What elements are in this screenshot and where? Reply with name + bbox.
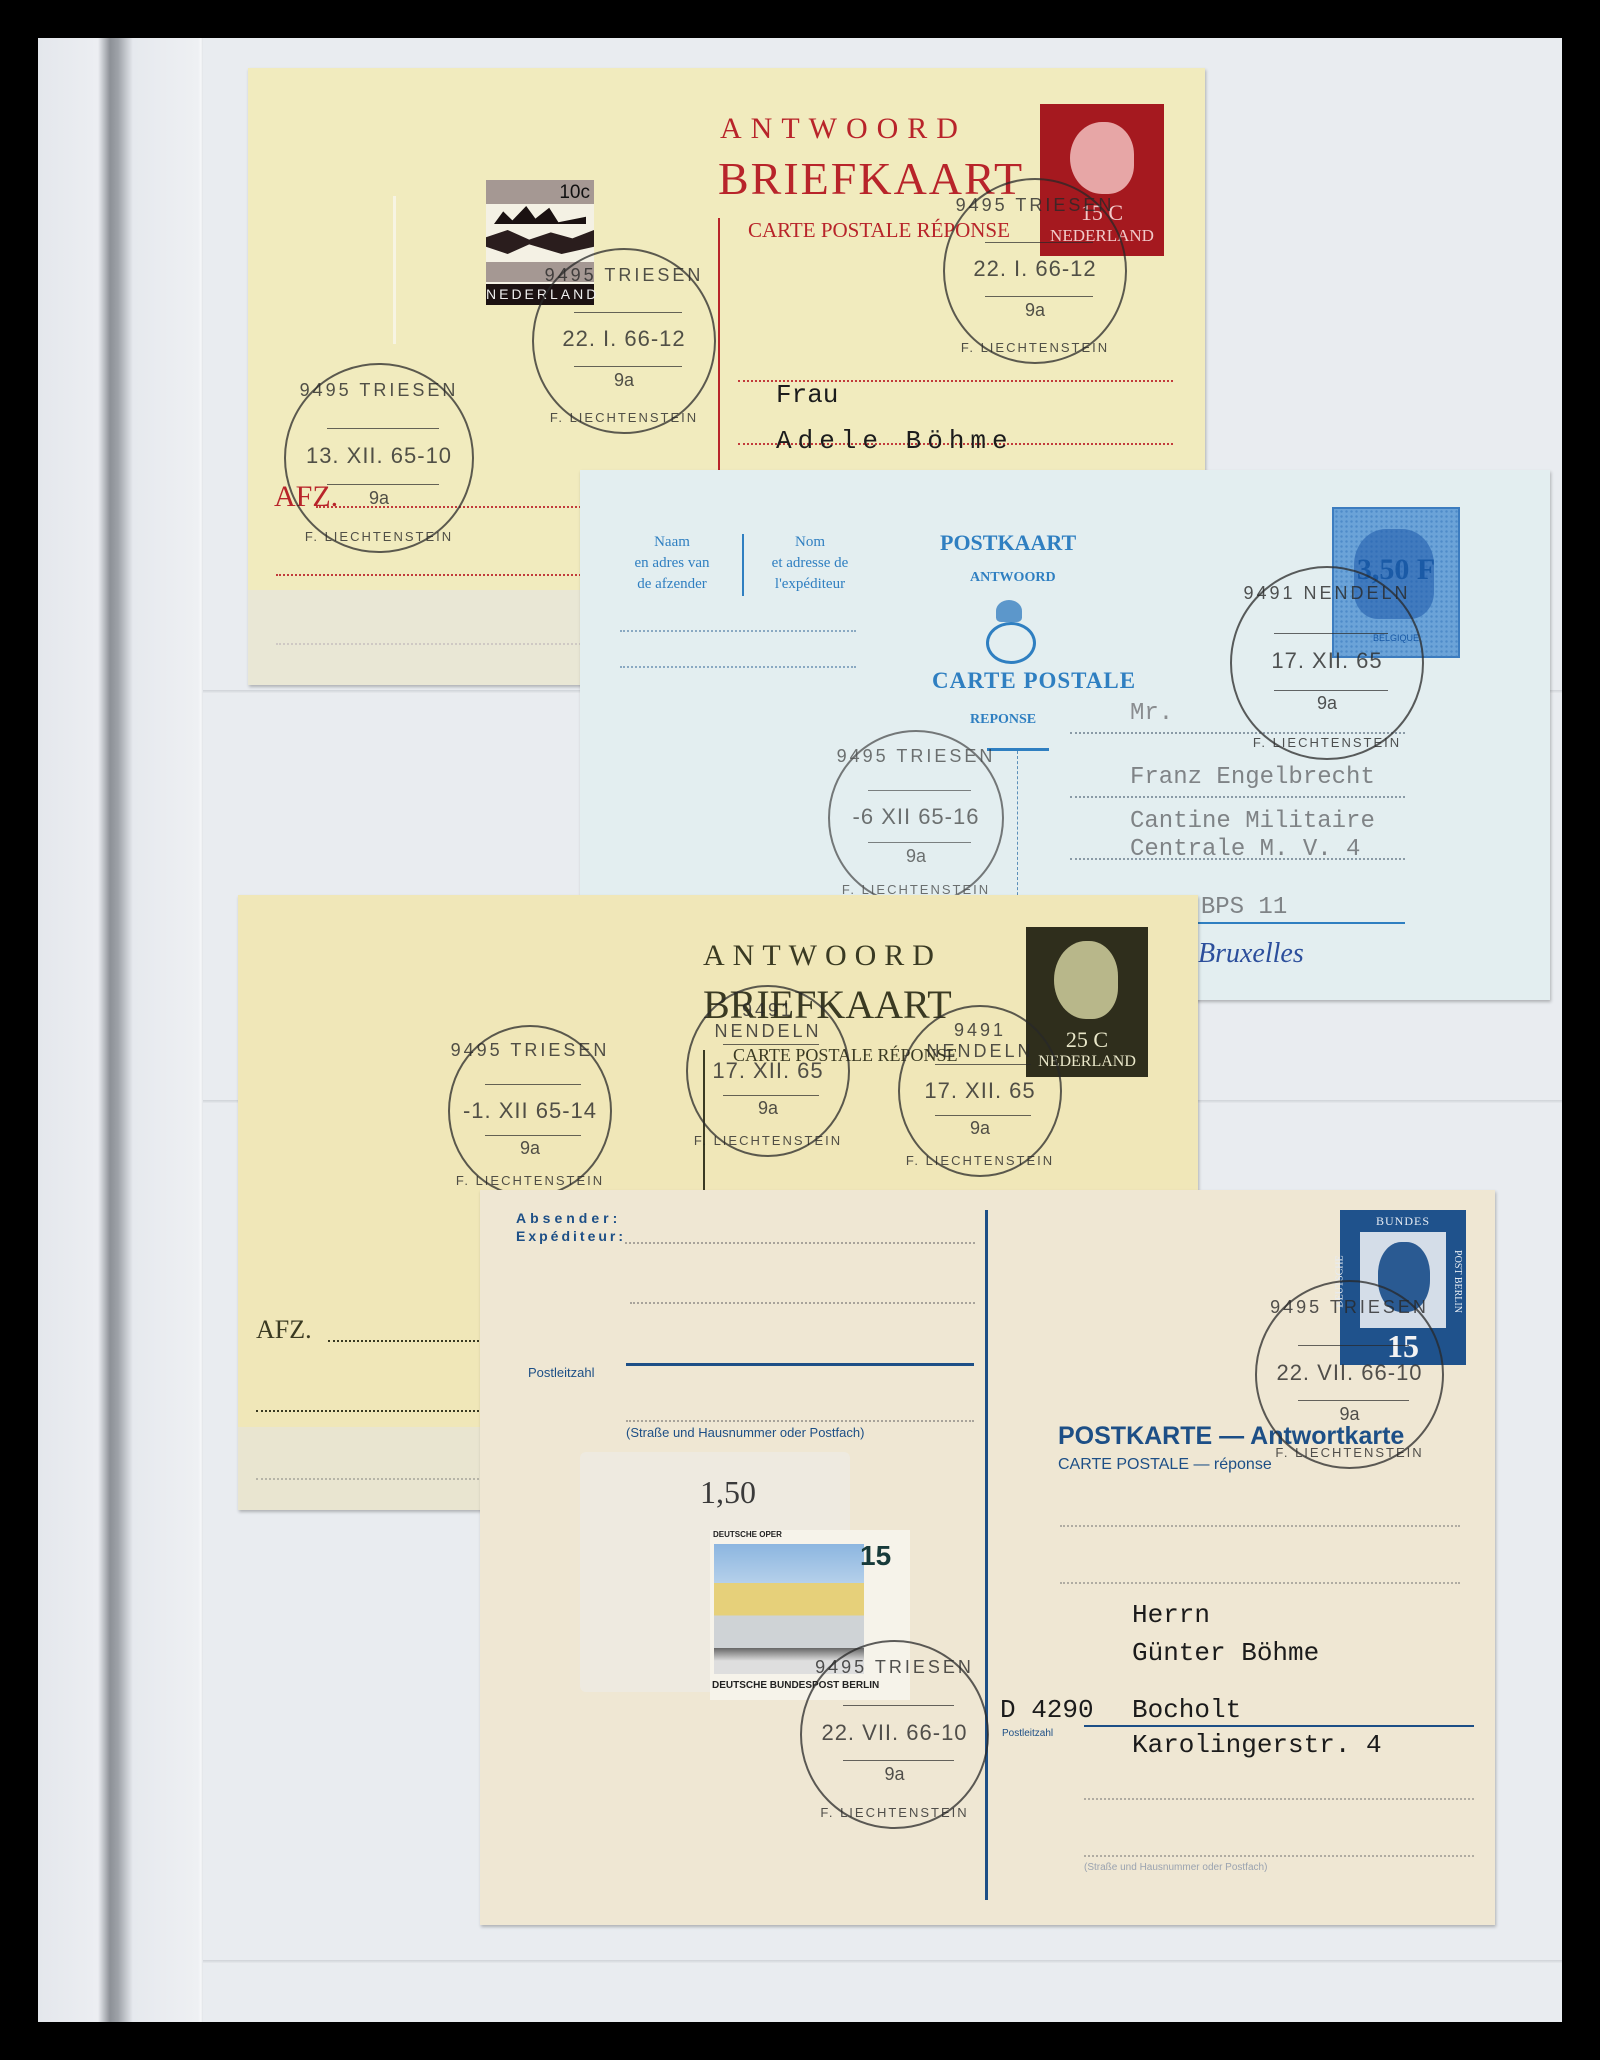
- sender-label-nl: Naamen adres vande afzender: [612, 532, 732, 595]
- card-subtitle: CARTE POSTALE — réponse: [1058, 1456, 1272, 1474]
- card-title-antwoord: ANTWOORD: [720, 112, 967, 146]
- postmark-cancel: 9495 TRIESEN -6 XII 65-16 9aF. LIECHTENS…: [828, 730, 1004, 906]
- postmark-cancel: 9495 TRIESEN 22. I. 66-12 9aF. LIECHTENS…: [532, 248, 716, 434]
- postmark-cancel: 9495 TRIESEN 22. I. 66-12 9aF. LIECHTENS…: [943, 178, 1127, 364]
- postcode-label: Postleitzahl: [528, 1365, 594, 1380]
- queen-profile-icon: [1054, 941, 1118, 1019]
- address-line-2: Adele Böhme: [776, 426, 1014, 456]
- opera-house-icon: [714, 1544, 864, 1674]
- card-title-carte-postale: CARTE POSTALE: [932, 668, 1136, 694]
- post-horn-crown-icon: [978, 600, 1042, 664]
- postmark-cancel: 9491 NENDELN 17. XII. 65 9aF. LIECHTENST…: [686, 985, 850, 1157]
- handwritten-city: Bruxelles: [1198, 938, 1304, 970]
- sender-label-de: Absender:: [516, 1210, 621, 1226]
- address-line-4: Centrale M. V. 4: [1130, 836, 1360, 863]
- sender-label: AFZ.: [256, 1315, 312, 1345]
- street-label-right: (Straße und Hausnummer oder Postfach): [1084, 1862, 1267, 1873]
- postmark-cancel: 9495 TRIESEN 22. VII. 66-10 9aF. LIECHTE…: [800, 1640, 989, 1829]
- postcode: D 4290: [1000, 1695, 1094, 1725]
- queen-profile-icon: [1070, 122, 1134, 194]
- address-line-1: Mr.: [1130, 700, 1173, 727]
- sender-label-fr: Expéditeur:: [516, 1228, 626, 1244]
- address-line-1: Frau: [776, 380, 838, 410]
- stockpage-strip: [203, 1960, 1562, 1964]
- harbour-cranes-icon: [494, 206, 586, 224]
- address-line-2: Franz Engelbrecht: [1130, 764, 1375, 791]
- postmark-cancel: 9495 TRIESEN 22. VII. 66-10 9aF. LIECHTE…: [1255, 1280, 1444, 1469]
- address-line-4: Karolingerstr. 4: [1132, 1730, 1382, 1760]
- sheet-value: 1,50: [700, 1474, 756, 1511]
- postmark-cancel: 9495 TRIESEN -1. XII 65-14 9aF. LIECHTEN…: [448, 1025, 612, 1197]
- postcode-label-right: Postleitzahl: [1002, 1728, 1053, 1739]
- postcard-berlin-15[interactable]: Absender: Expéditeur: Postleitzahl (Stra…: [480, 1190, 1495, 1925]
- address-line-1: Herrn: [1132, 1600, 1210, 1630]
- postmark-cancel: 9491 NENDELN 17. XII. 65 9aF. LIECHTENST…: [898, 1005, 1062, 1177]
- card-title-postkaart: POSTKAART: [940, 530, 1076, 556]
- postmark-cancel: 9495 TRIESEN 13. XII. 65-10 9aF. LIECHTE…: [284, 363, 474, 553]
- sender-label-fr: Nomet adresse del'expéditeur: [750, 532, 870, 595]
- card-title-antwoord: ANTWOORD: [703, 939, 942, 973]
- address-line-3: Cantine Militaire: [1130, 808, 1375, 835]
- margin-line: [393, 196, 396, 344]
- postmark-cancel: 9491 NENDELN 17. XII. 65 9aF. LIECHTENST…: [1230, 566, 1424, 760]
- address-line-3: Bocholt: [1132, 1695, 1241, 1725]
- album-binding: [38, 38, 203, 2022]
- street-label: (Straße und Hausnummer oder Postfach): [626, 1425, 864, 1440]
- address-line-2: Günter Böhme: [1132, 1638, 1319, 1668]
